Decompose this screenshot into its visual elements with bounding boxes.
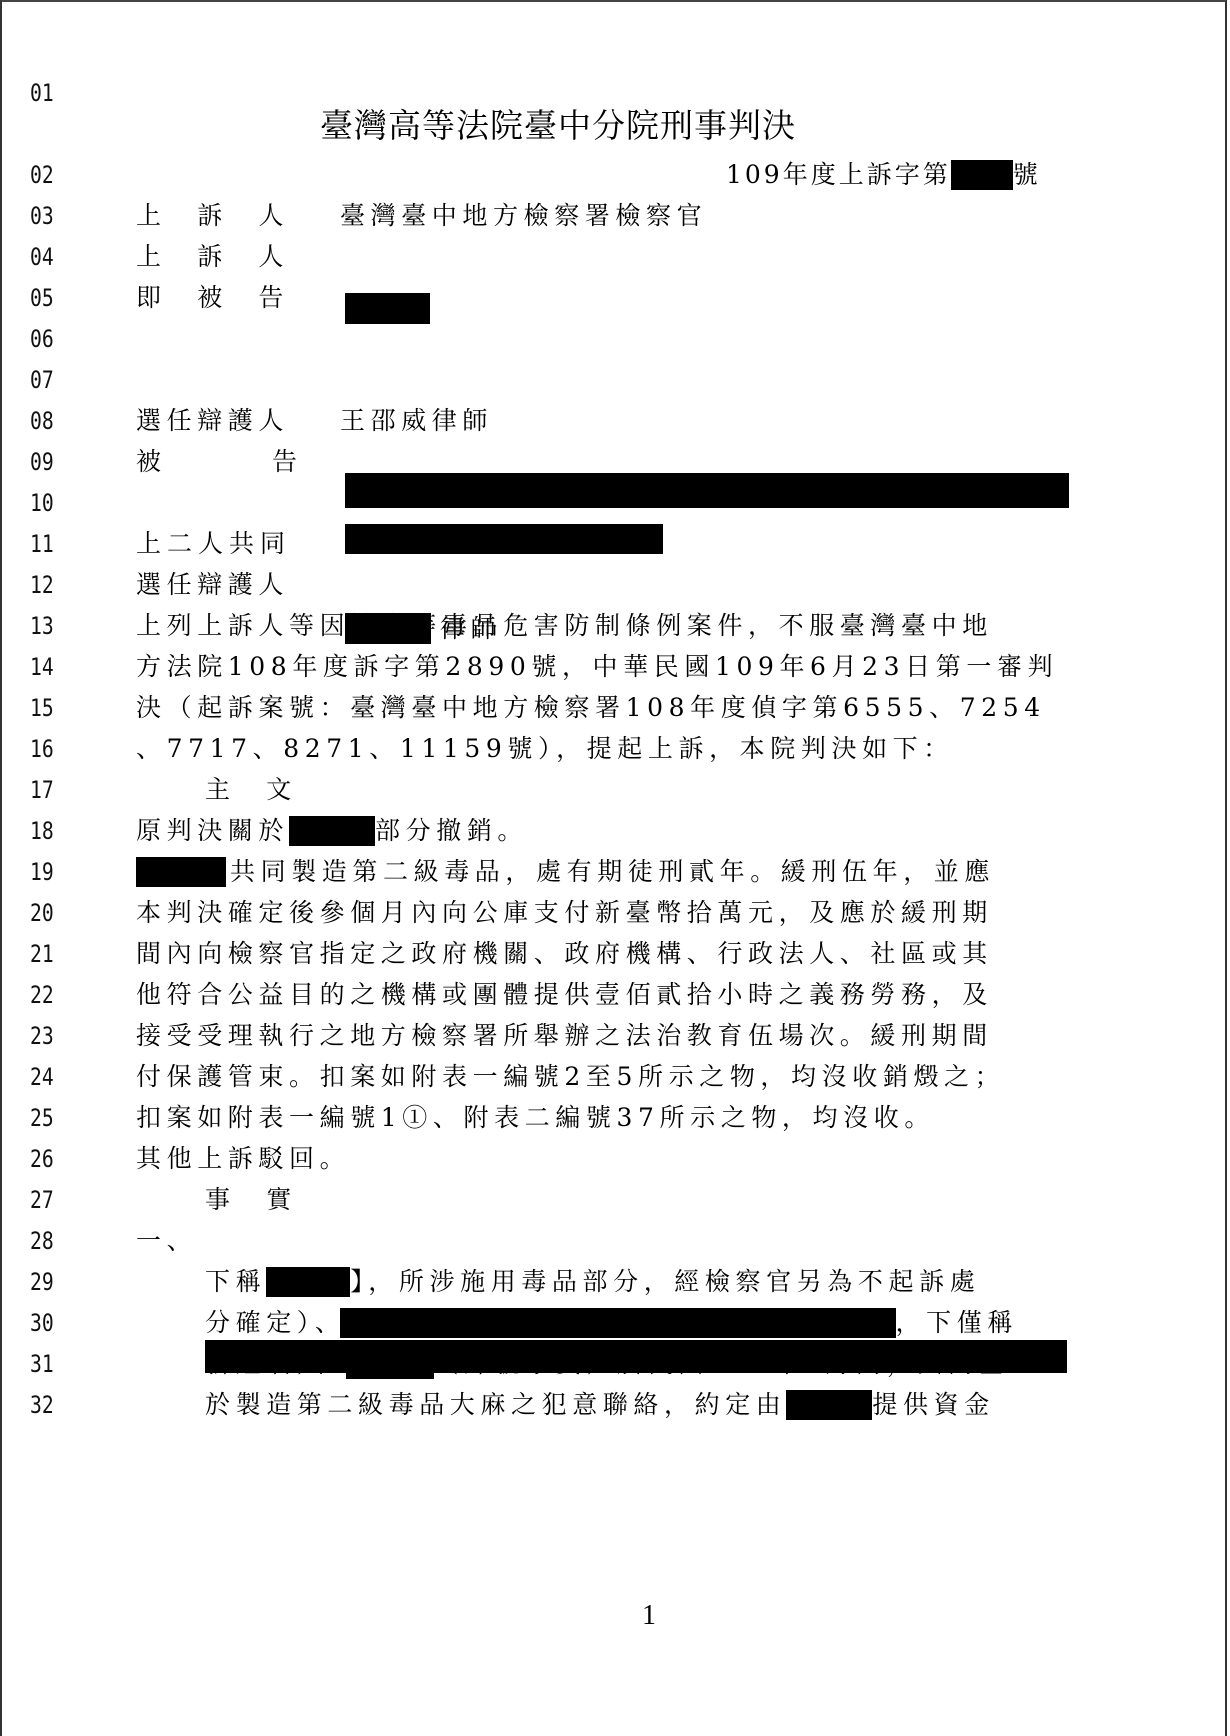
line-number: 01	[30, 78, 66, 108]
facts-line-suffix: ，下僅稱	[896, 1308, 1018, 1337]
line-number: 32	[30, 1390, 66, 1420]
line-number: 08	[30, 406, 66, 436]
redaction-box	[289, 816, 375, 846]
line-number: 29	[30, 1267, 66, 1297]
line-number: 25	[30, 1103, 66, 1133]
line-number: 24	[30, 1062, 66, 1092]
document-title: 臺灣高等法院臺中分院刑事判決	[320, 106, 796, 146]
redaction-box	[345, 473, 1069, 508]
facts-line-prefix: 於製造第二級毒品大麻之犯意聯絡，約定由	[205, 1390, 786, 1419]
redaction-box	[340, 1308, 896, 1338]
line-number: 06	[30, 324, 66, 354]
redaction-box	[266, 1267, 350, 1297]
party-counsel2-label: 選任辯護人	[136, 570, 289, 600]
document-page: 01 02 03 04 05 06 07 08 09 10 11 12 13 1…	[0, 0, 1227, 1736]
line-number: 10	[30, 488, 66, 518]
party-appellant: 上 訴 人	[136, 201, 289, 231]
party-label: 上 訴 人	[136, 201, 289, 230]
line-number: 09	[30, 447, 66, 477]
section-heading-facts: 事 實	[205, 1185, 297, 1215]
line-number: 16	[30, 734, 66, 764]
main-line: 接受受理執行之地方檢察署所舉辦之法治教育伍場次。緩刑期間	[136, 1021, 993, 1051]
main-line: 扣案如附表一編號1①、附表二編號37所示之物，均沒收。	[136, 1103, 935, 1133]
facts-line-prefix: 下稱	[205, 1267, 266, 1296]
main-line: 其他上訴駁回。	[136, 1144, 350, 1174]
line-number: 30	[30, 1308, 66, 1338]
intro-line: 方法院108年度訴字第2890號，中華民國109年6月23日第一審判	[136, 652, 1058, 682]
line-number: 18	[30, 816, 66, 846]
line-number: 17	[30, 775, 66, 805]
main-line: 他符合公益目的之機構或團體提供壹佰貳拾小時之義務勞務，及	[136, 980, 993, 1010]
facts-item-marker: 一、	[136, 1226, 197, 1256]
party-counsel1-label: 選任辯護人	[136, 406, 289, 436]
line-number: 28	[30, 1226, 66, 1256]
redaction-box	[951, 160, 1013, 190]
facts-line-suffix: （綽號小賀）於民國106年9月間，共同基	[434, 1349, 1010, 1378]
redaction-box	[786, 1390, 872, 1420]
line-number: 04	[30, 242, 66, 272]
party-defendant2-label-a: 被	[136, 447, 167, 477]
intro-line: 上列上訴人等因被告等毒品危害防制條例案件，不服臺灣臺中地	[136, 611, 993, 641]
line-number: 21	[30, 939, 66, 969]
party-defendant1-label: 即 被 告	[136, 283, 289, 313]
page-number: 1	[642, 1600, 656, 1632]
facts-line-prefix: 新姓名）、	[205, 1349, 346, 1378]
line-number: 02	[30, 160, 66, 190]
main-line: 本判決確定後參個月內向公庫支付新臺幣拾萬元，及應於緩刑期	[136, 898, 993, 928]
main-line1-suffix: 部分撤銷。	[375, 816, 528, 845]
case-number-prefix: 109年度上訴字第	[726, 160, 951, 189]
case-number: 109年度上訴字第號	[726, 160, 1041, 190]
line-number: 20	[30, 898, 66, 928]
line-number: 12	[30, 570, 66, 600]
line-number: 15	[30, 693, 66, 723]
line-number: 13	[30, 611, 66, 641]
party-appellant2-label: 上 訴 人	[136, 242, 289, 272]
line-number: 05	[30, 283, 66, 313]
party-joint-label: 上二人共同	[136, 529, 291, 559]
redaction-box	[345, 524, 663, 554]
case-number-suffix: 號	[1013, 160, 1041, 189]
party-counsel1-value: 王邵威律師	[340, 406, 493, 436]
intro-line: 、7717、8271、11159號），提起上訴，本院判決如下：	[136, 734, 954, 764]
redaction-box	[136, 857, 226, 887]
line-number: 23	[30, 1021, 66, 1051]
facts-line-suffix: 提供資金	[872, 1390, 994, 1419]
line-number: 14	[30, 652, 66, 682]
facts-line-prefix: 分確定）、	[205, 1308, 346, 1337]
redaction-box	[346, 1349, 434, 1379]
redaction-box	[345, 293, 430, 324]
line-number: 03	[30, 201, 66, 231]
facts-line: 於製造第二級毒品大麻之犯意聯絡，約定由提供資金	[205, 1390, 995, 1420]
line-number: 22	[30, 980, 66, 1010]
line-number: 31	[30, 1349, 66, 1379]
facts-line: 新姓名）、（綽號小賀）於民國106年9月間，共同基	[205, 1349, 1009, 1379]
facts-line: 分確定）、，下僅稱	[205, 1308, 1018, 1338]
main-line1-prefix: 原判決關於	[136, 816, 289, 845]
main-line: 間內向檢察官指定之政府機關、政府機構、行政法人、社區或其	[136, 939, 993, 969]
facts-line: 下稱】，所涉施用毒品部分，經檢察官另為不起訴處	[205, 1267, 980, 1297]
line-number: 11	[30, 529, 66, 559]
main-line: 共同製造第二級毒品，處有期徒刑貳年。緩刑伍年，並應	[136, 857, 995, 887]
party-defendant2-label-b: 告	[272, 447, 303, 477]
main-line: 付保護管束。扣案如附表一編號2至5所示之物，均沒收銷燬之；	[136, 1062, 1005, 1092]
facts-line-suffix: 】，所涉施用毒品部分，經檢察官另為不起訴處	[350, 1267, 980, 1296]
main-line2-suffix: 共同製造第二級毒品，處有期徒刑貳年。緩刑伍年，並應	[230, 857, 995, 886]
section-heading-main: 主 文	[205, 775, 297, 805]
intro-line: 決（起訴案號：臺灣臺中地方檢察署108年度偵字第6555、7254	[136, 693, 1046, 723]
line-number: 27	[30, 1185, 66, 1215]
line-number: 26	[30, 1144, 66, 1174]
party-value: 臺灣臺中地方檢察署檢察官	[340, 201, 707, 231]
main-line: 原判決關於部分撤銷。	[136, 816, 528, 846]
line-number: 07	[30, 365, 66, 395]
line-number: 19	[30, 857, 66, 887]
